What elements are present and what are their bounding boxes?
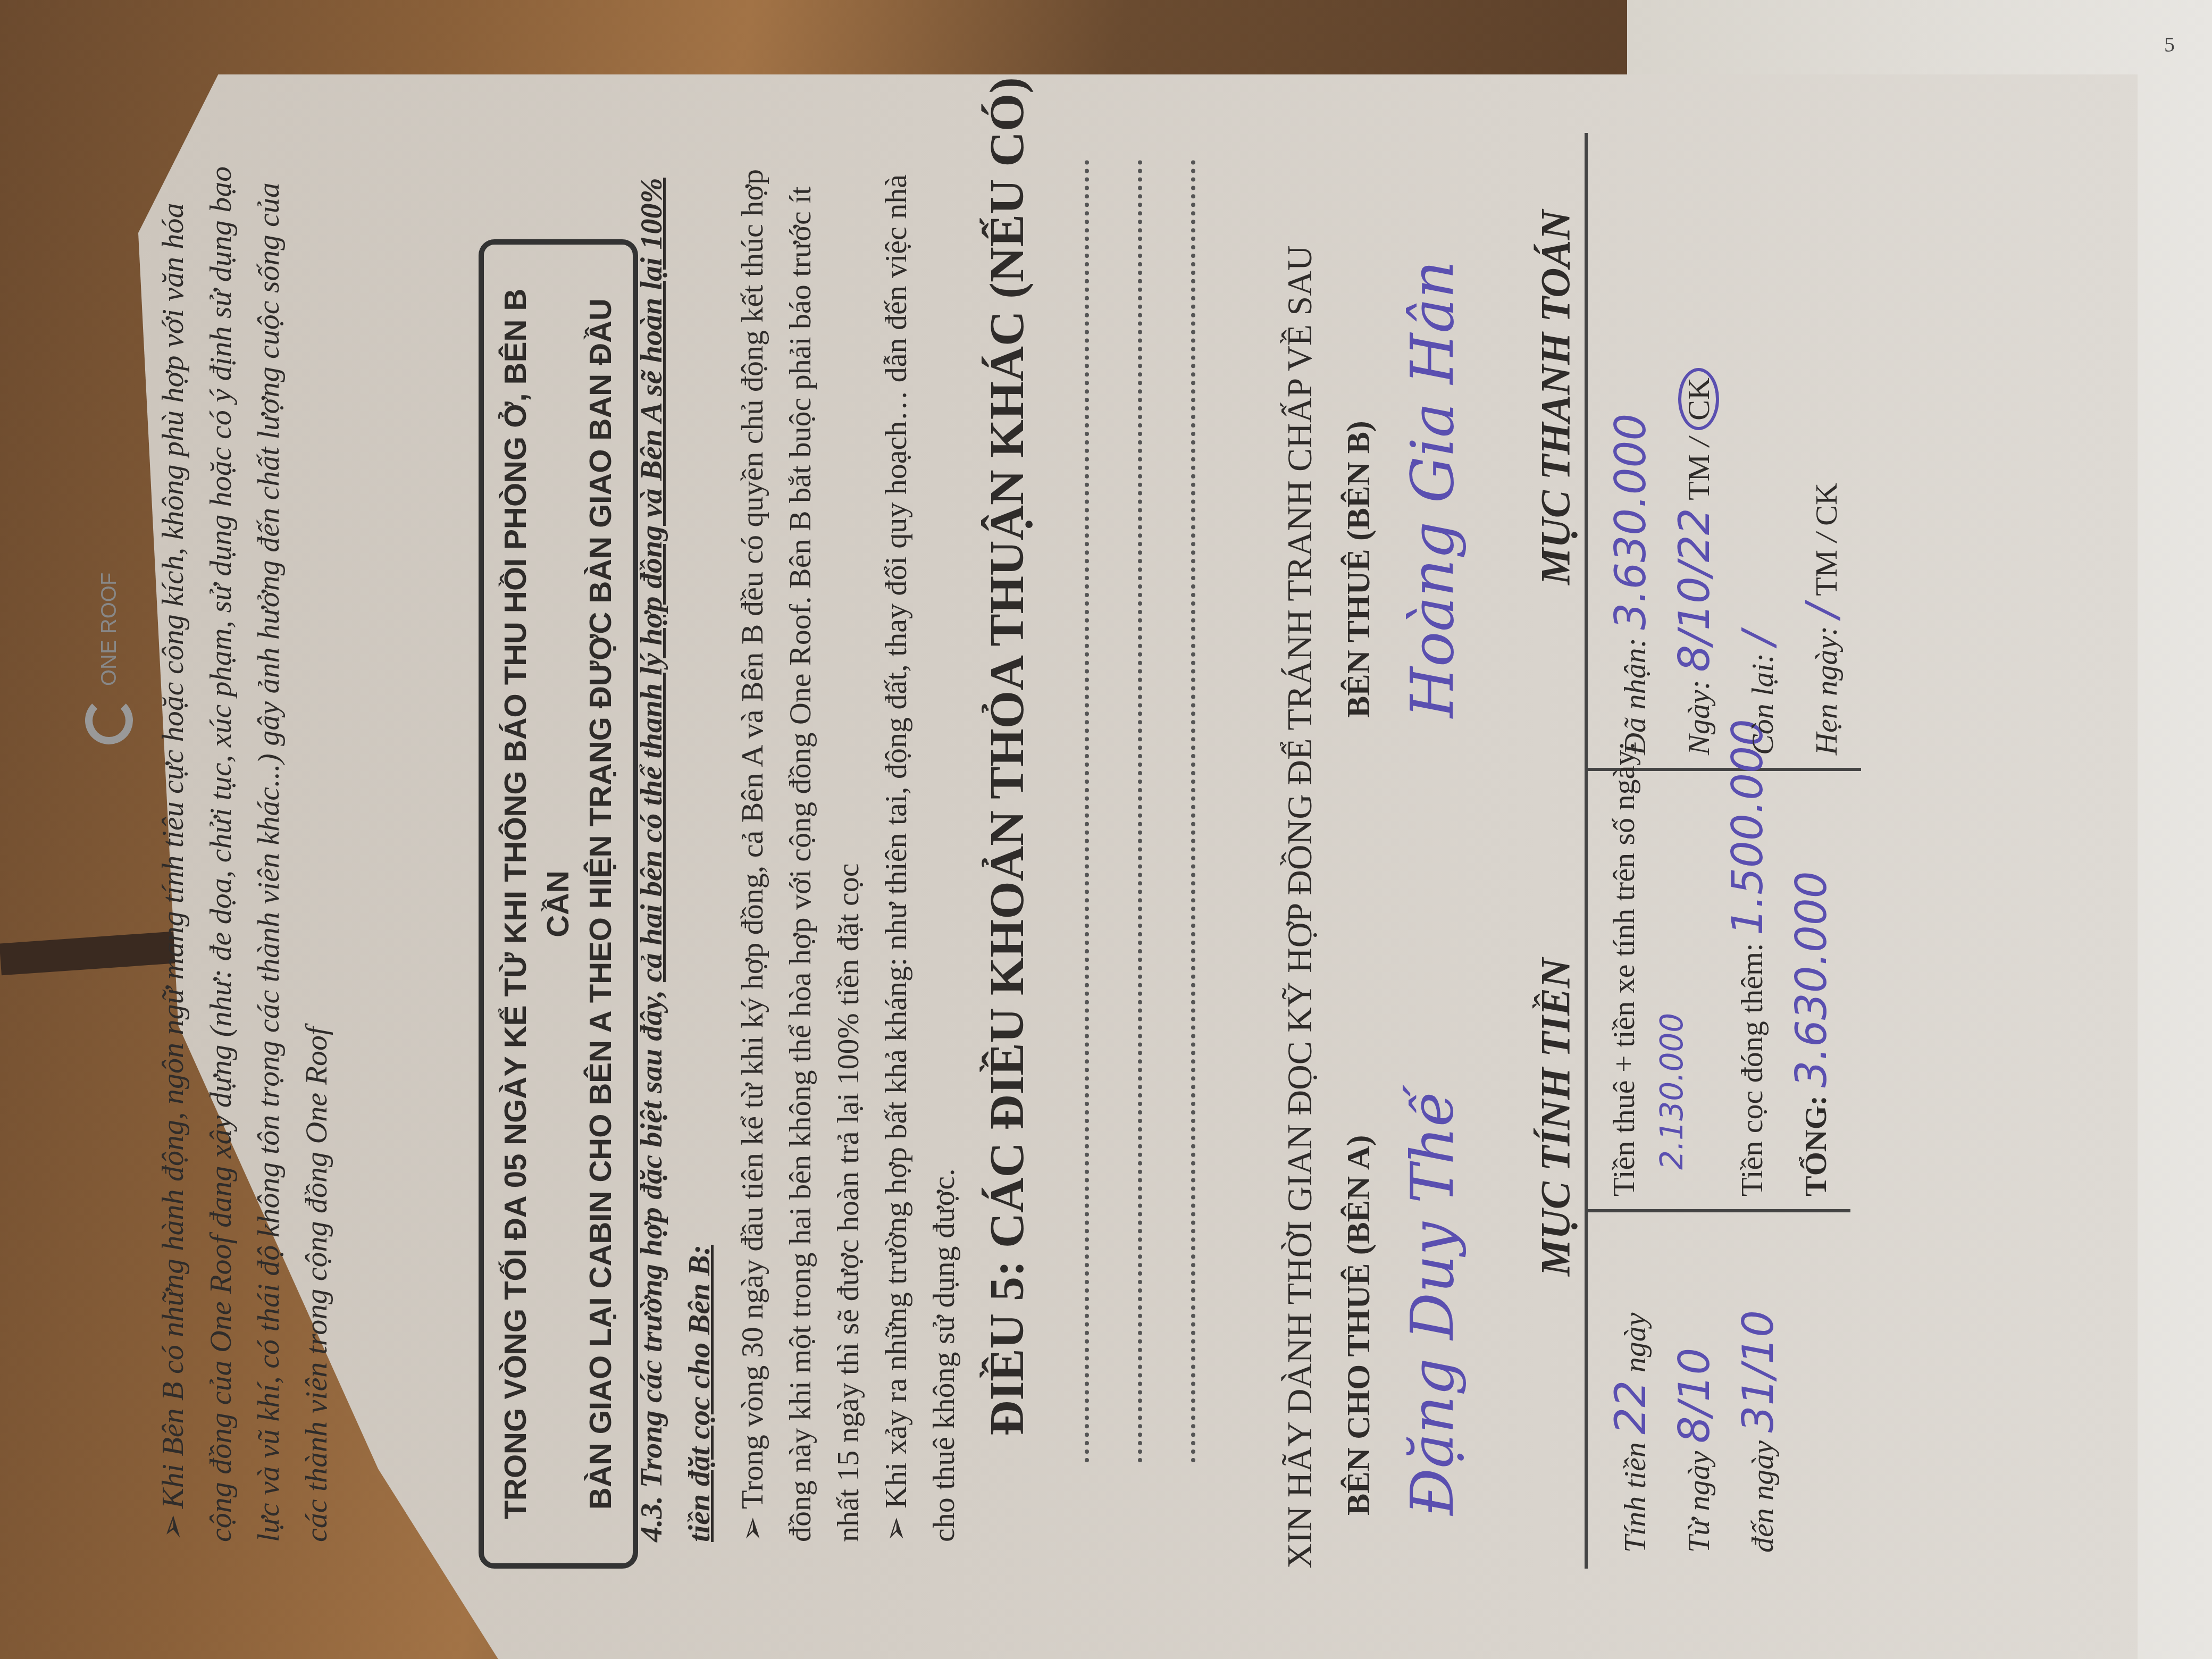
section-intro: Trong các trường hợp đặc biệt sau đây, bbox=[634, 990, 668, 1488]
page-number: 5 bbox=[2164, 32, 2175, 57]
due-label: Hẹn ngày: bbox=[1809, 626, 1844, 755]
received-label: Đã nhận: bbox=[1618, 638, 1652, 755]
blank-line-3 bbox=[1191, 160, 1195, 1462]
total-label: TỔNG: bbox=[1798, 1095, 1833, 1196]
due-value: / bbox=[1797, 604, 1847, 618]
party-b-label: BÊN THUÊ (BÊN B) bbox=[1335, 421, 1382, 718]
contract-page: ONE ROOF ➢ Khi Bên B có những hành động,… bbox=[149, 53, 2116, 1595]
bullet-text: Trong vòng 30 ngày đầu tiên kể từ khi ký… bbox=[735, 169, 865, 1542]
date-label: Ngày: bbox=[1681, 680, 1716, 755]
deposit-label: Tiền cọc đóng thêm: bbox=[1735, 943, 1769, 1196]
from-row: Từ ngày 8/10 bbox=[1670, 1348, 1719, 1553]
days-unit: ngày bbox=[1618, 1313, 1652, 1373]
bullet-text: Khi xảy ra những trường hợp bất khả khán… bbox=[878, 174, 961, 1542]
total-row: TỔNG: 3.630.000 bbox=[1787, 871, 1836, 1196]
days-row: Tính tiền 22 ngày bbox=[1606, 1313, 1655, 1553]
date-row: Ngày: 8/10/22 TM / CK bbox=[1670, 368, 1719, 755]
section-bullet-1: ➢ Trong vòng 30 ngày đầu tiên kể từ khi … bbox=[728, 160, 872, 1542]
from-label: Từ ngày bbox=[1681, 1451, 1716, 1553]
method-ck-circled: CK bbox=[1678, 368, 1719, 430]
date-value: 8/10/22 bbox=[1670, 508, 1719, 672]
to-row: đến ngày 31/10 bbox=[1733, 1310, 1783, 1553]
remaining-row: Còn lại: / bbox=[1733, 631, 1783, 755]
notice-box: TRONG VÒNG TỐI ĐA 05 NGÀY KỂ TỪ KHI THÔN… bbox=[479, 239, 638, 1569]
table-top-border bbox=[1585, 133, 1588, 1569]
rent-label: Tiền thuê + tiền xe tính trên số ngày: bbox=[1606, 742, 1641, 1196]
party-a-label: BÊN CHO THUÊ (BÊN A) bbox=[1335, 1135, 1382, 1515]
deposit-row: Tiền cọc đóng thêm: 1.500.000 bbox=[1723, 719, 1772, 1196]
rent-value: 2.130.000 bbox=[1654, 1013, 1690, 1170]
section-4-3: 4.3. Trong các trường hợp đặc biệt sau đ… bbox=[627, 160, 723, 1542]
conduct-paragraph: Khi Bên B có những hành động, ngôn ngữ m… bbox=[155, 166, 333, 1542]
to-label: đến ngày bbox=[1745, 1440, 1780, 1553]
from-value: 8/10 bbox=[1670, 1348, 1719, 1444]
notice-line-2: BÀN GIAO LẠI CABIN CHO BÊN A THEO HIỆN T… bbox=[580, 266, 622, 1542]
due-row: Hẹn ngày: / TM / CK bbox=[1797, 483, 1847, 755]
due-method-ck: CK bbox=[1809, 483, 1844, 526]
total-value: 3.630.000 bbox=[1787, 871, 1836, 1087]
billing-title: MỤC TÍNH TIỀN bbox=[1531, 958, 1579, 1276]
bullet-arrow-icon: ➢ bbox=[878, 1509, 913, 1542]
to-value: 31/10 bbox=[1733, 1310, 1783, 1433]
due-method-tm: TM bbox=[1809, 550, 1844, 596]
bullet-arrow-icon: ➢ bbox=[735, 1509, 769, 1542]
days-value: 22 bbox=[1606, 1380, 1655, 1435]
reminder-text: XIN HÃY DÀNH THỜI GIAN ĐỌC KỸ HỢP ĐỒNG Đ… bbox=[1276, 246, 1324, 1569]
article-5-title: ĐIỀU 5: CÁC ĐIỀU KHOẢN THỎA THUẬN KHÁC (… bbox=[978, 77, 1035, 1436]
received-value: 3.630.000 bbox=[1606, 414, 1655, 630]
party-b-signature: Hoàng Gia Hân bbox=[1398, 261, 1467, 718]
brand-name: ONE ROOF bbox=[97, 573, 121, 686]
conduct-text: ➢ Khi Bên B có những hành động, ngôn ngữ… bbox=[149, 160, 340, 1542]
party-a-signature: Đặng Duy Thế bbox=[1398, 1091, 1467, 1515]
remaining-value: / bbox=[1733, 631, 1783, 646]
billing-divider bbox=[1585, 1209, 1850, 1212]
notice-line-1: TRONG VÒNG TỐI ĐA 05 NGÀY KỂ TỪ KHI THÔN… bbox=[495, 266, 580, 1542]
bullet-arrow-icon: ➢ bbox=[155, 1509, 190, 1542]
days-label: Tính tiền bbox=[1618, 1442, 1652, 1553]
logo-ring-icon bbox=[85, 697, 133, 744]
section-bullet-2: ➢ Khi xảy ra những trường hợp bất khả kh… bbox=[872, 160, 968, 1542]
section-number: 4.3. bbox=[634, 1496, 668, 1542]
payment-title: MỤC THANH TOÁN bbox=[1531, 210, 1579, 585]
blank-line-1 bbox=[1085, 160, 1089, 1462]
blank-line-2 bbox=[1138, 160, 1142, 1462]
method-tm: TM bbox=[1681, 454, 1716, 500]
logo: ONE ROOF bbox=[85, 573, 133, 744]
received-row: Đã nhận: 3.630.000 bbox=[1606, 414, 1655, 755]
remaining-label: Còn lại: bbox=[1745, 653, 1780, 755]
